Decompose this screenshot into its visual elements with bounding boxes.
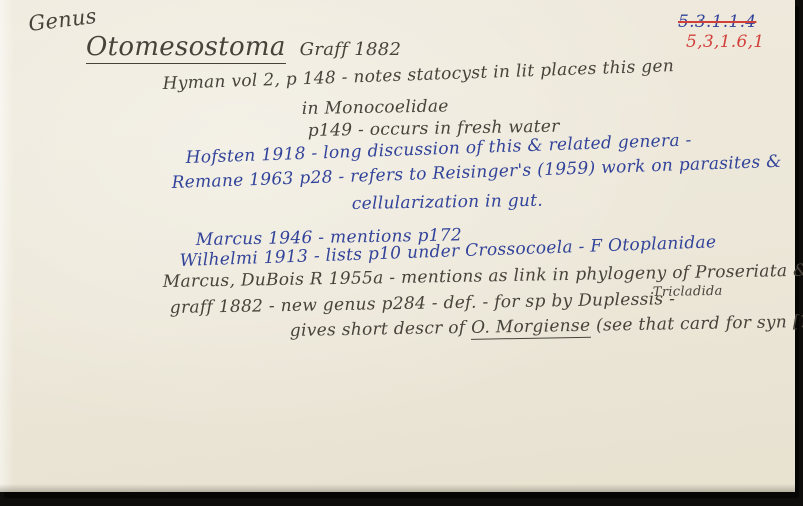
note-remane-line2: cellularization in gut.: [352, 191, 544, 214]
title-author: Graff 1882: [300, 39, 402, 60]
genus-name: Otomesostoma: [86, 32, 286, 64]
note-hyman-line2: in Monocoelidae: [302, 96, 449, 119]
species-name: O. Morgiense: [471, 316, 591, 340]
note-graff-line2-suffix: (see that card for syn [?]): [590, 312, 803, 336]
note-graff-line1: graff 1882 - new genus p284 - def. - for…: [170, 289, 676, 318]
catalog-number-old: 5.3.1.1.4: [678, 12, 756, 32]
note-graff-line2: gives short descr of O. Morgiense (see t…: [290, 312, 803, 341]
catalog-number-new: 5,3,1.6,1: [686, 32, 764, 52]
note-graff-line2-prefix: gives short descr of: [290, 318, 472, 341]
scanned-index-card-photo: { "colors": { "ink_dark": "#47433b", "in…: [0, 0, 803, 506]
card-title-row: OtomesostomaGraff 1882: [86, 32, 401, 62]
index-card: Genus OtomesostomaGraff 1882 5.3.1.1.4 5…: [0, 0, 795, 492]
